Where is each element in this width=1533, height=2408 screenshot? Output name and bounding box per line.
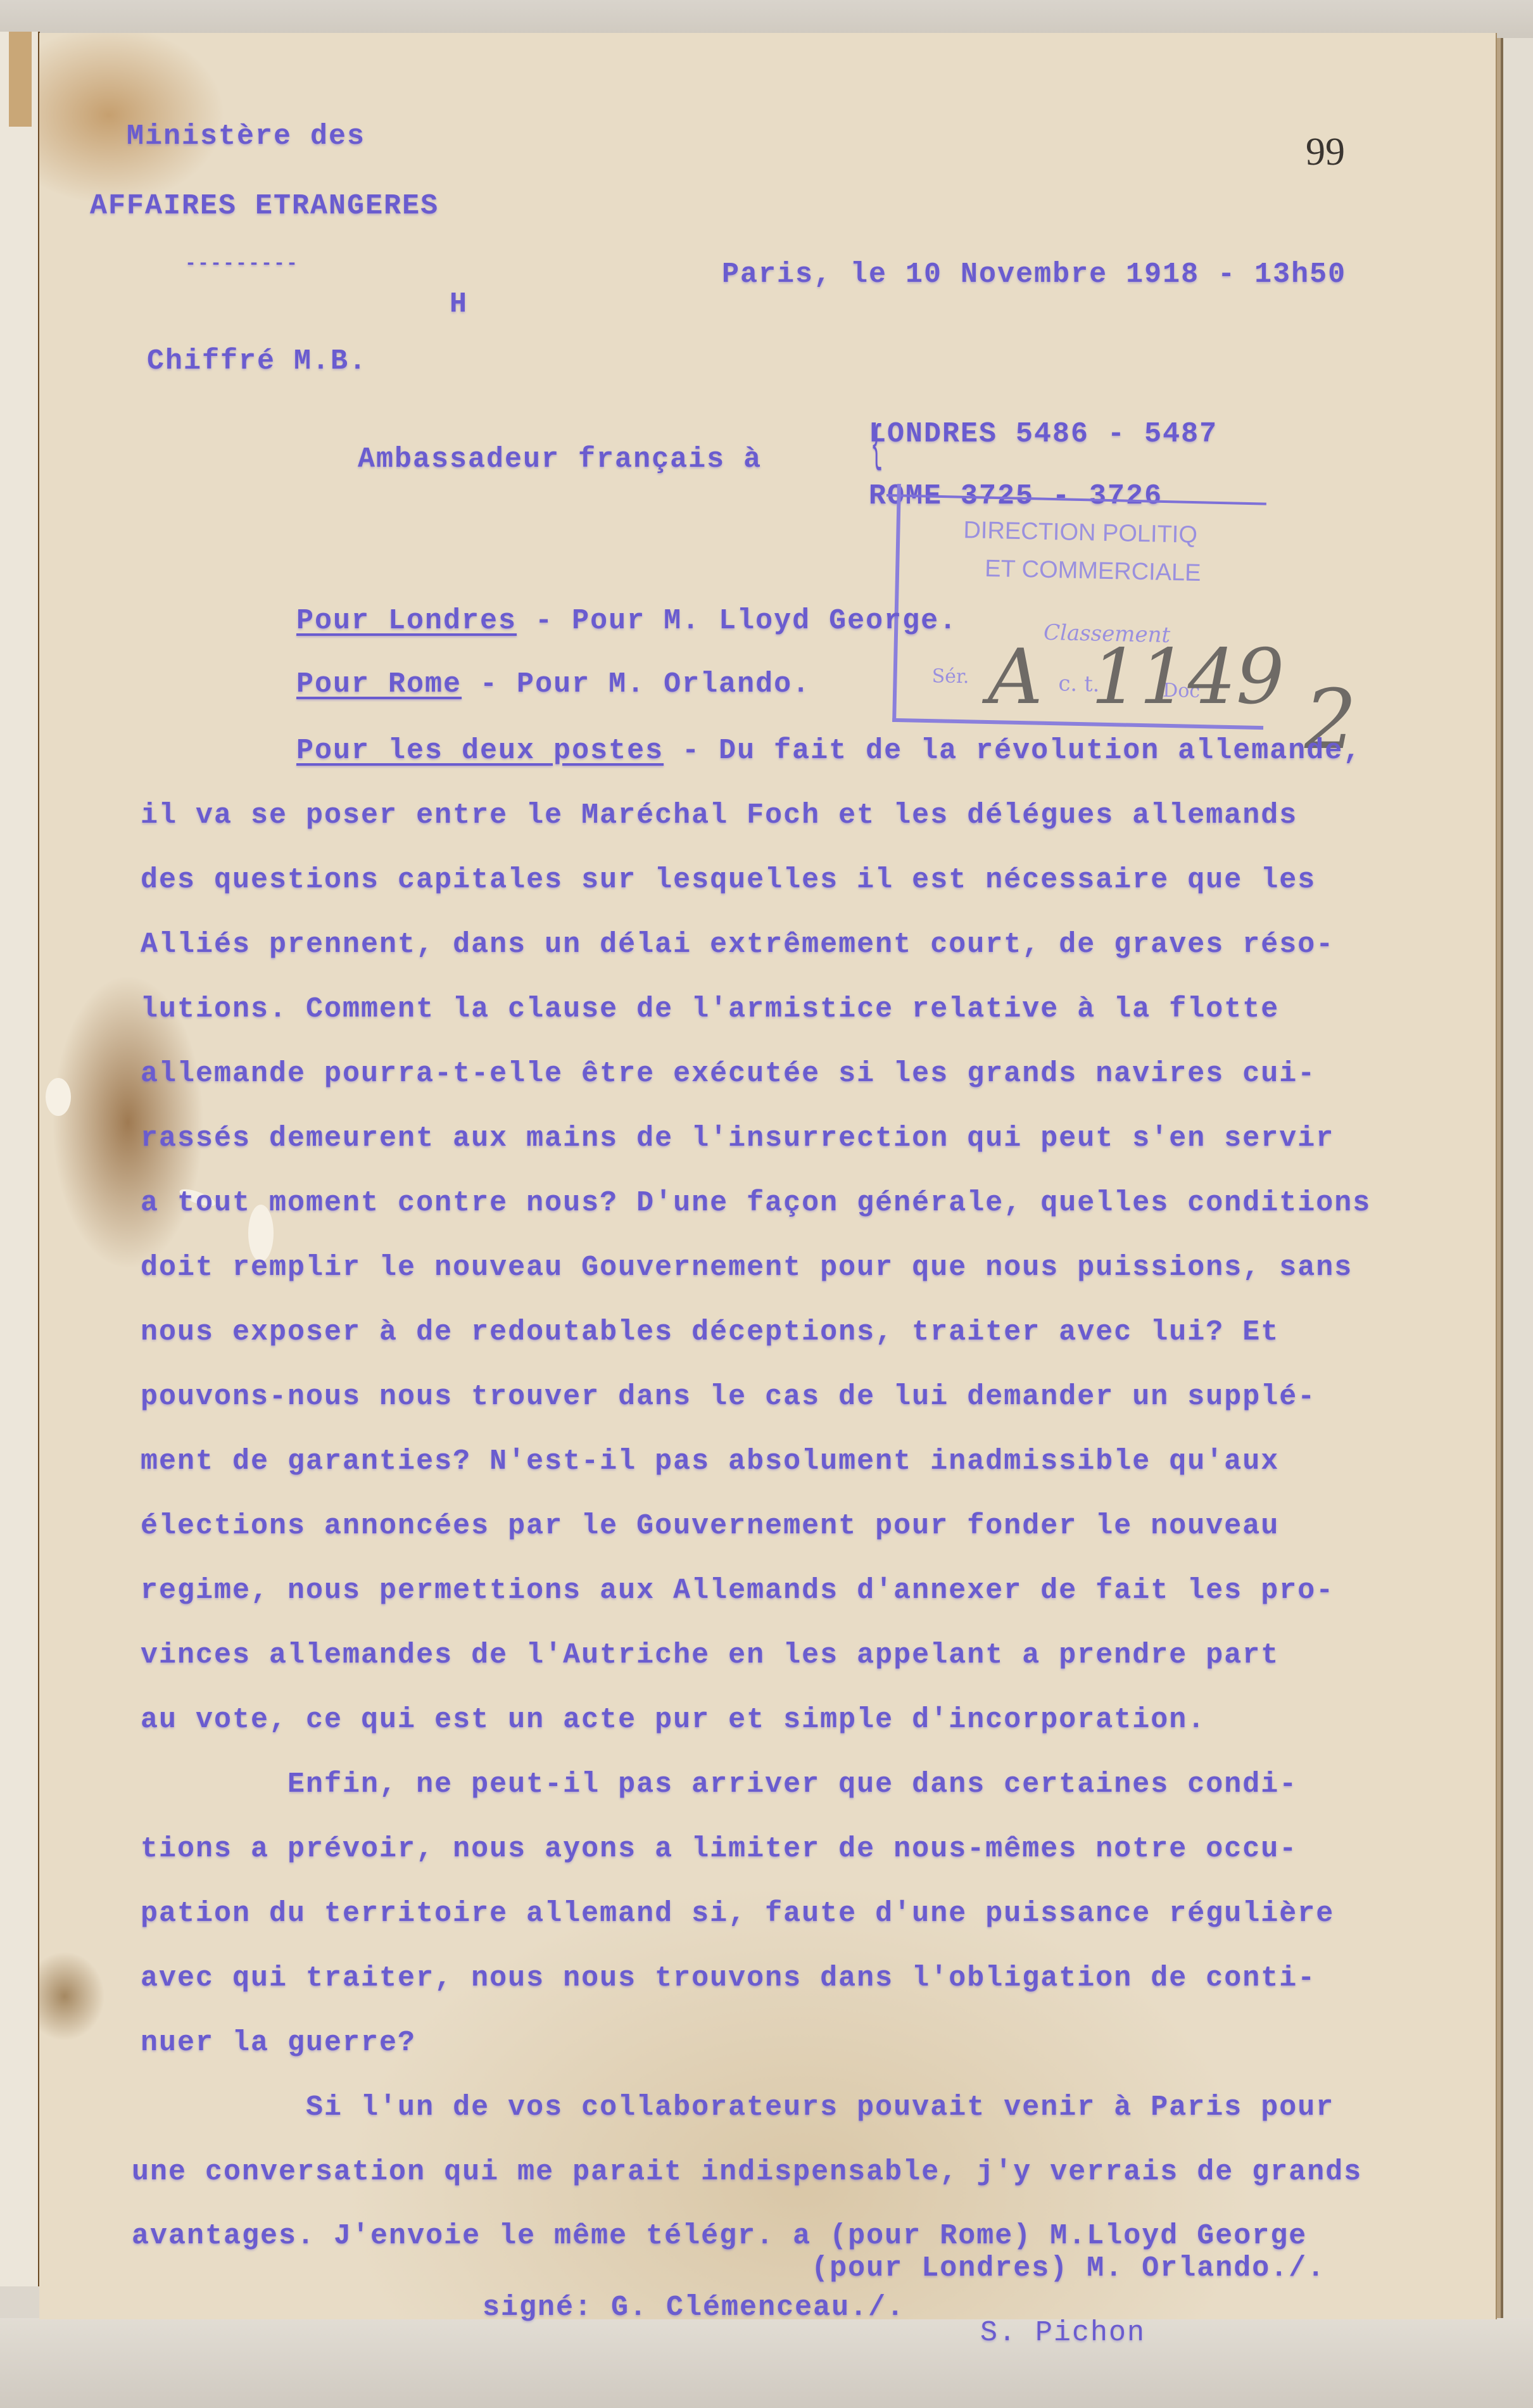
pencil-classification: A 1149	[988, 633, 1284, 721]
body-line: des questions capitales sur lesquelles i…	[141, 864, 1316, 896]
body-line: Enfin, ne peut-il pas arriver que dans c…	[141, 1768, 1297, 1801]
body-line: pation du territoire allemand si, faute …	[141, 1898, 1334, 1930]
ministry-line-2: AFFAIRES ETRANGERES	[90, 190, 439, 222]
body-line: au vote, ce qui est un acte pur et simpl…	[141, 1704, 1206, 1736]
addressee-rome: Pour Rome - Pour M. Orlando.	[296, 668, 811, 700]
addressee-london: Pour Londres - Pour M. Lloyd George.	[296, 605, 957, 637]
burn-hole	[46, 1078, 71, 1116]
archive-backdrop-top	[0, 0, 1533, 38]
post-london: Pour Londres	[296, 605, 517, 637]
body-line: ment de garanties? N'est-il pas absolume…	[141, 1445, 1279, 1478]
body-line: pouvons-nous nous trouver dans le cas de…	[141, 1381, 1316, 1413]
recipient-label: Ambassadeur français à	[358, 443, 762, 476]
stamp-line-2: ET COMMERCIALE	[985, 555, 1201, 587]
body-line: il va se poser entre le Maréchal Foch et…	[141, 799, 1297, 832]
body-line: regime, nous permettions aux Allemands d…	[141, 1575, 1334, 1607]
destination-london: LONDRES 5486 - 5487	[869, 418, 1218, 450]
body-line: Pour les deux postes - Du fait de la rév…	[296, 735, 1361, 767]
body-line: doit remplir le nouveau Gouvernement pou…	[141, 1252, 1353, 1284]
folio-number: 99	[1306, 130, 1345, 175]
body-line: élections annoncées par le Gouvernement …	[141, 1510, 1279, 1542]
body-line: allemande pourra-t-elle être exécutée si…	[141, 1058, 1316, 1090]
body-line: une conversation qui me parait indispens…	[132, 2156, 1362, 2188]
intro-underlined: Pour les deux postes	[296, 735, 664, 767]
body-line: vinces allemandes de l'Autriche en les a…	[141, 1639, 1279, 1671]
code-letter: H	[450, 288, 468, 320]
binder-tab	[9, 32, 32, 127]
body-line: (pour Londres) M. Orlando./.	[132, 2252, 1325, 2284]
body-line: Si l'un de vos collaborateurs pouvait ve…	[141, 2091, 1334, 2124]
body-line: tions a prévoir, nous ayons a limiter de…	[141, 1833, 1297, 1865]
binder-left-board	[0, 32, 40, 2286]
place-date: Paris, le 10 Novembre 1918 - 13h50	[722, 258, 1346, 291]
archive-backdrop-bottom	[0, 2318, 1533, 2408]
signature-clemenceau: signé: G. Clémenceau./.	[483, 2291, 905, 2324]
body-line: nous exposer à de redoutables déceptions…	[141, 1316, 1279, 1348]
body-line: a tout moment contre nous? D'une façon g…	[141, 1187, 1371, 1219]
page-stack-edge	[1494, 38, 1533, 2381]
stamp-line-1: DIRECTION POLITIQ	[963, 517, 1197, 549]
body-line: avec qui traiter, nous nous trouvons dan…	[141, 1962, 1316, 1994]
header-divider: ---------	[185, 253, 299, 275]
signature-pichon: S. Pichon	[980, 2317, 1145, 2349]
post-rome: Pour Rome	[296, 668, 462, 700]
body-line: Alliés prennent, dans un délai extrêmeme…	[141, 928, 1334, 961]
cipher-note: Chiffré M.B.	[147, 345, 367, 377]
body-line: avantages. J'envoie le même télégr. a (p…	[132, 2220, 1307, 2252]
body-line: nuer la guerre?	[141, 2027, 416, 2059]
ministry-line-1: Ministère des	[127, 120, 365, 153]
body-line: lutions. Comment la clause de l'armistic…	[141, 993, 1279, 1025]
stamp-ser-label: Sér.	[931, 665, 969, 688]
body-line: rassés demeurent aux mains de l'insurrec…	[141, 1122, 1334, 1155]
